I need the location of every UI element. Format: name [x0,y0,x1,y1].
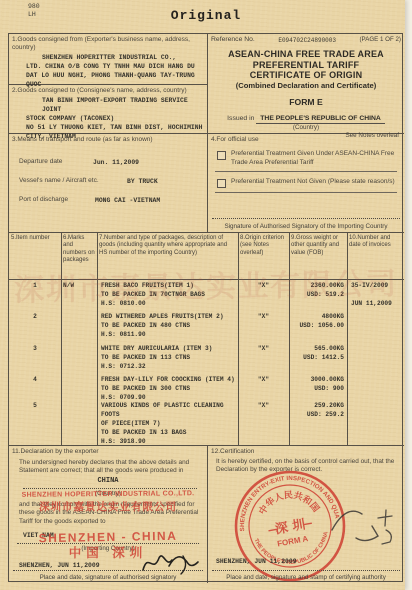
issued-in-label: Issued in [227,115,254,122]
option2-label: Preferential Treatment Not Given (Please… [231,178,397,188]
box12-caption: Place and date, signature and stamp of c… [208,574,404,581]
header-divider [9,279,404,280]
vessel-label: Vessel's name / Aircraft etc. [19,177,99,184]
signature-dotted-line [212,218,400,219]
box4-signature-caption: Signature of Authorised Signatory of the… [208,223,404,230]
official-use-option-1: Preferential Treatment Given Under ASEAN… [215,148,397,172]
certificate-form: 1.Goods consigned from (Exporter's busin… [8,33,403,582]
table-row: 5 VARIOUS KINDS OF PLASTIC CLEANING FOOT… [9,401,404,446]
official-use-option-2: Preferential Treatment Not Given (Please… [215,176,397,193]
option1-label: Preferential Treatment Given Under ASEAN… [231,150,397,167]
box1-goods-consigned-from: 1.Goods consigned from (Exporter's busin… [9,34,208,85]
page-note: (PAGE 1 OF 2) [360,36,402,43]
form-e-label: FORM E [211,97,401,107]
declaration-text-1: The undersigned hereby declares that the… [19,459,202,476]
certificate-title-block: Reference No. E094702C24890003 (PAGE 1 O… [208,34,404,134]
handwritten-pen-marks [326,496,398,558]
box2-goods-consigned-to: 2.Goods consigned to (Consignee's name, … [9,85,208,134]
importing-country-dotted-line [17,543,199,544]
header-item-number: 5.Item number [9,233,61,279]
goods-table: 5.Item number 6.Marks and numbers on pac… [9,233,404,446]
box11-caption: Place and date, signature of authorised … [9,574,207,581]
box3-label: 3.Means of transport and route (as far a… [12,136,204,144]
header-description: 7.Number and type of packages, descripti… [97,233,238,279]
box3-means-of-transport: 3.Means of transport and route (as far a… [9,134,208,233]
port-of-discharge-label: Port of discharge [19,196,68,203]
declaration-text-2: and that they comply with the origin req… [19,501,202,526]
box11-label: 11.Declaration by the exporter [12,448,204,456]
issued-in-line: Issued in THE PEOPLE'S REPUBLIC OF CHINA [211,115,401,122]
departure-date-label: Departure date [19,158,62,165]
box2-label: 2.Goods consigned to (Consignee's name, … [12,87,204,95]
goods-table-header: 5.Item number 6.Marks and numbers on pac… [9,233,404,279]
box1-label: 1.Goods consigned from (Exporter's busin… [12,36,204,52]
scanned-certificate-page: 980 LH Original 1.Goods consigned from (… [0,0,405,590]
reference-row: Reference No. E094702C24890003 (PAGE 1 O… [211,36,401,44]
header-origin-criterion: 8.Origin criterion (see Notes overleaf) [238,233,289,279]
country-hint: (Country) [211,124,401,131]
box12-certification: 12.Certification It is hereby certified,… [208,446,404,583]
exporter-place-and-date: SHENZHEN, JUN 11,2009 [19,561,100,570]
exporter-address: SHENZHEN HOPERITTER INDUSTRIAL CO., LTD.… [12,53,204,89]
header-invoices: 10.Number and date of invoices [347,233,404,279]
reference-number: E094702C24890003 [255,36,360,44]
header-marks: 6.Marks and numbers on packages [61,233,97,279]
country-hint: (Country) [9,490,207,497]
table-row: 2 RED WITHERED APLES FRUITS(ITEM 2) TO B… [9,312,404,339]
document-copy-type: Original [0,8,412,23]
certifier-place-and-date: SHENZHEN, JUN 11,2009 [216,557,297,566]
box4-for-official-use: 4.For official use Preferential Treatmen… [208,134,404,233]
issued-in-country: THE PEOPLE'S REPUBLIC OF CHINA [256,115,385,124]
table-row: 4 FRESH DAY-LILY FOR COOCKING (ITEM 4) T… [9,375,404,402]
checkbox-preferential-not-given [217,179,226,188]
title-line-1: ASEAN-CHINA FREE TRADE AREA [211,49,401,60]
produced-in-country: CHINA [9,477,207,486]
country-dotted-line [23,488,197,489]
reference-label: Reference No. [211,36,255,43]
title-line-3: CERTIFICATE OF ORIGIN [211,70,401,81]
title-line-2: PREFERENTIAL TARIFF [211,60,401,71]
box4-label: 4.For official use [211,136,401,144]
vessel-value: BY TRUCK [127,177,158,186]
table-row: 1 N/W FRESH BACO FRUITS(ITEM 1) TO BE PA… [9,281,404,308]
importing-country-value: VIET NAM [23,531,54,540]
stamp-dotted-line [212,570,400,571]
box12-label: 12.Certification [211,448,401,456]
table-row: 3 WHITE DRY AURICULARIA (ITEM 3) TO BE P… [9,344,404,371]
checkbox-preferential-given [217,151,226,160]
title-line-4: (Combined Declaration and Certificate) [211,81,401,91]
header-gross-weight: 9.Gross weight or other quantity and val… [289,233,347,279]
port-of-discharge-value: MONG CAI -VIETNAM [95,196,160,205]
departure-date-value: Jun. 11,2009 [93,158,139,167]
signature-dotted-line [13,570,203,571]
box11-declaration-by-exporter: 11.Declaration by the exporter The under… [9,446,208,583]
